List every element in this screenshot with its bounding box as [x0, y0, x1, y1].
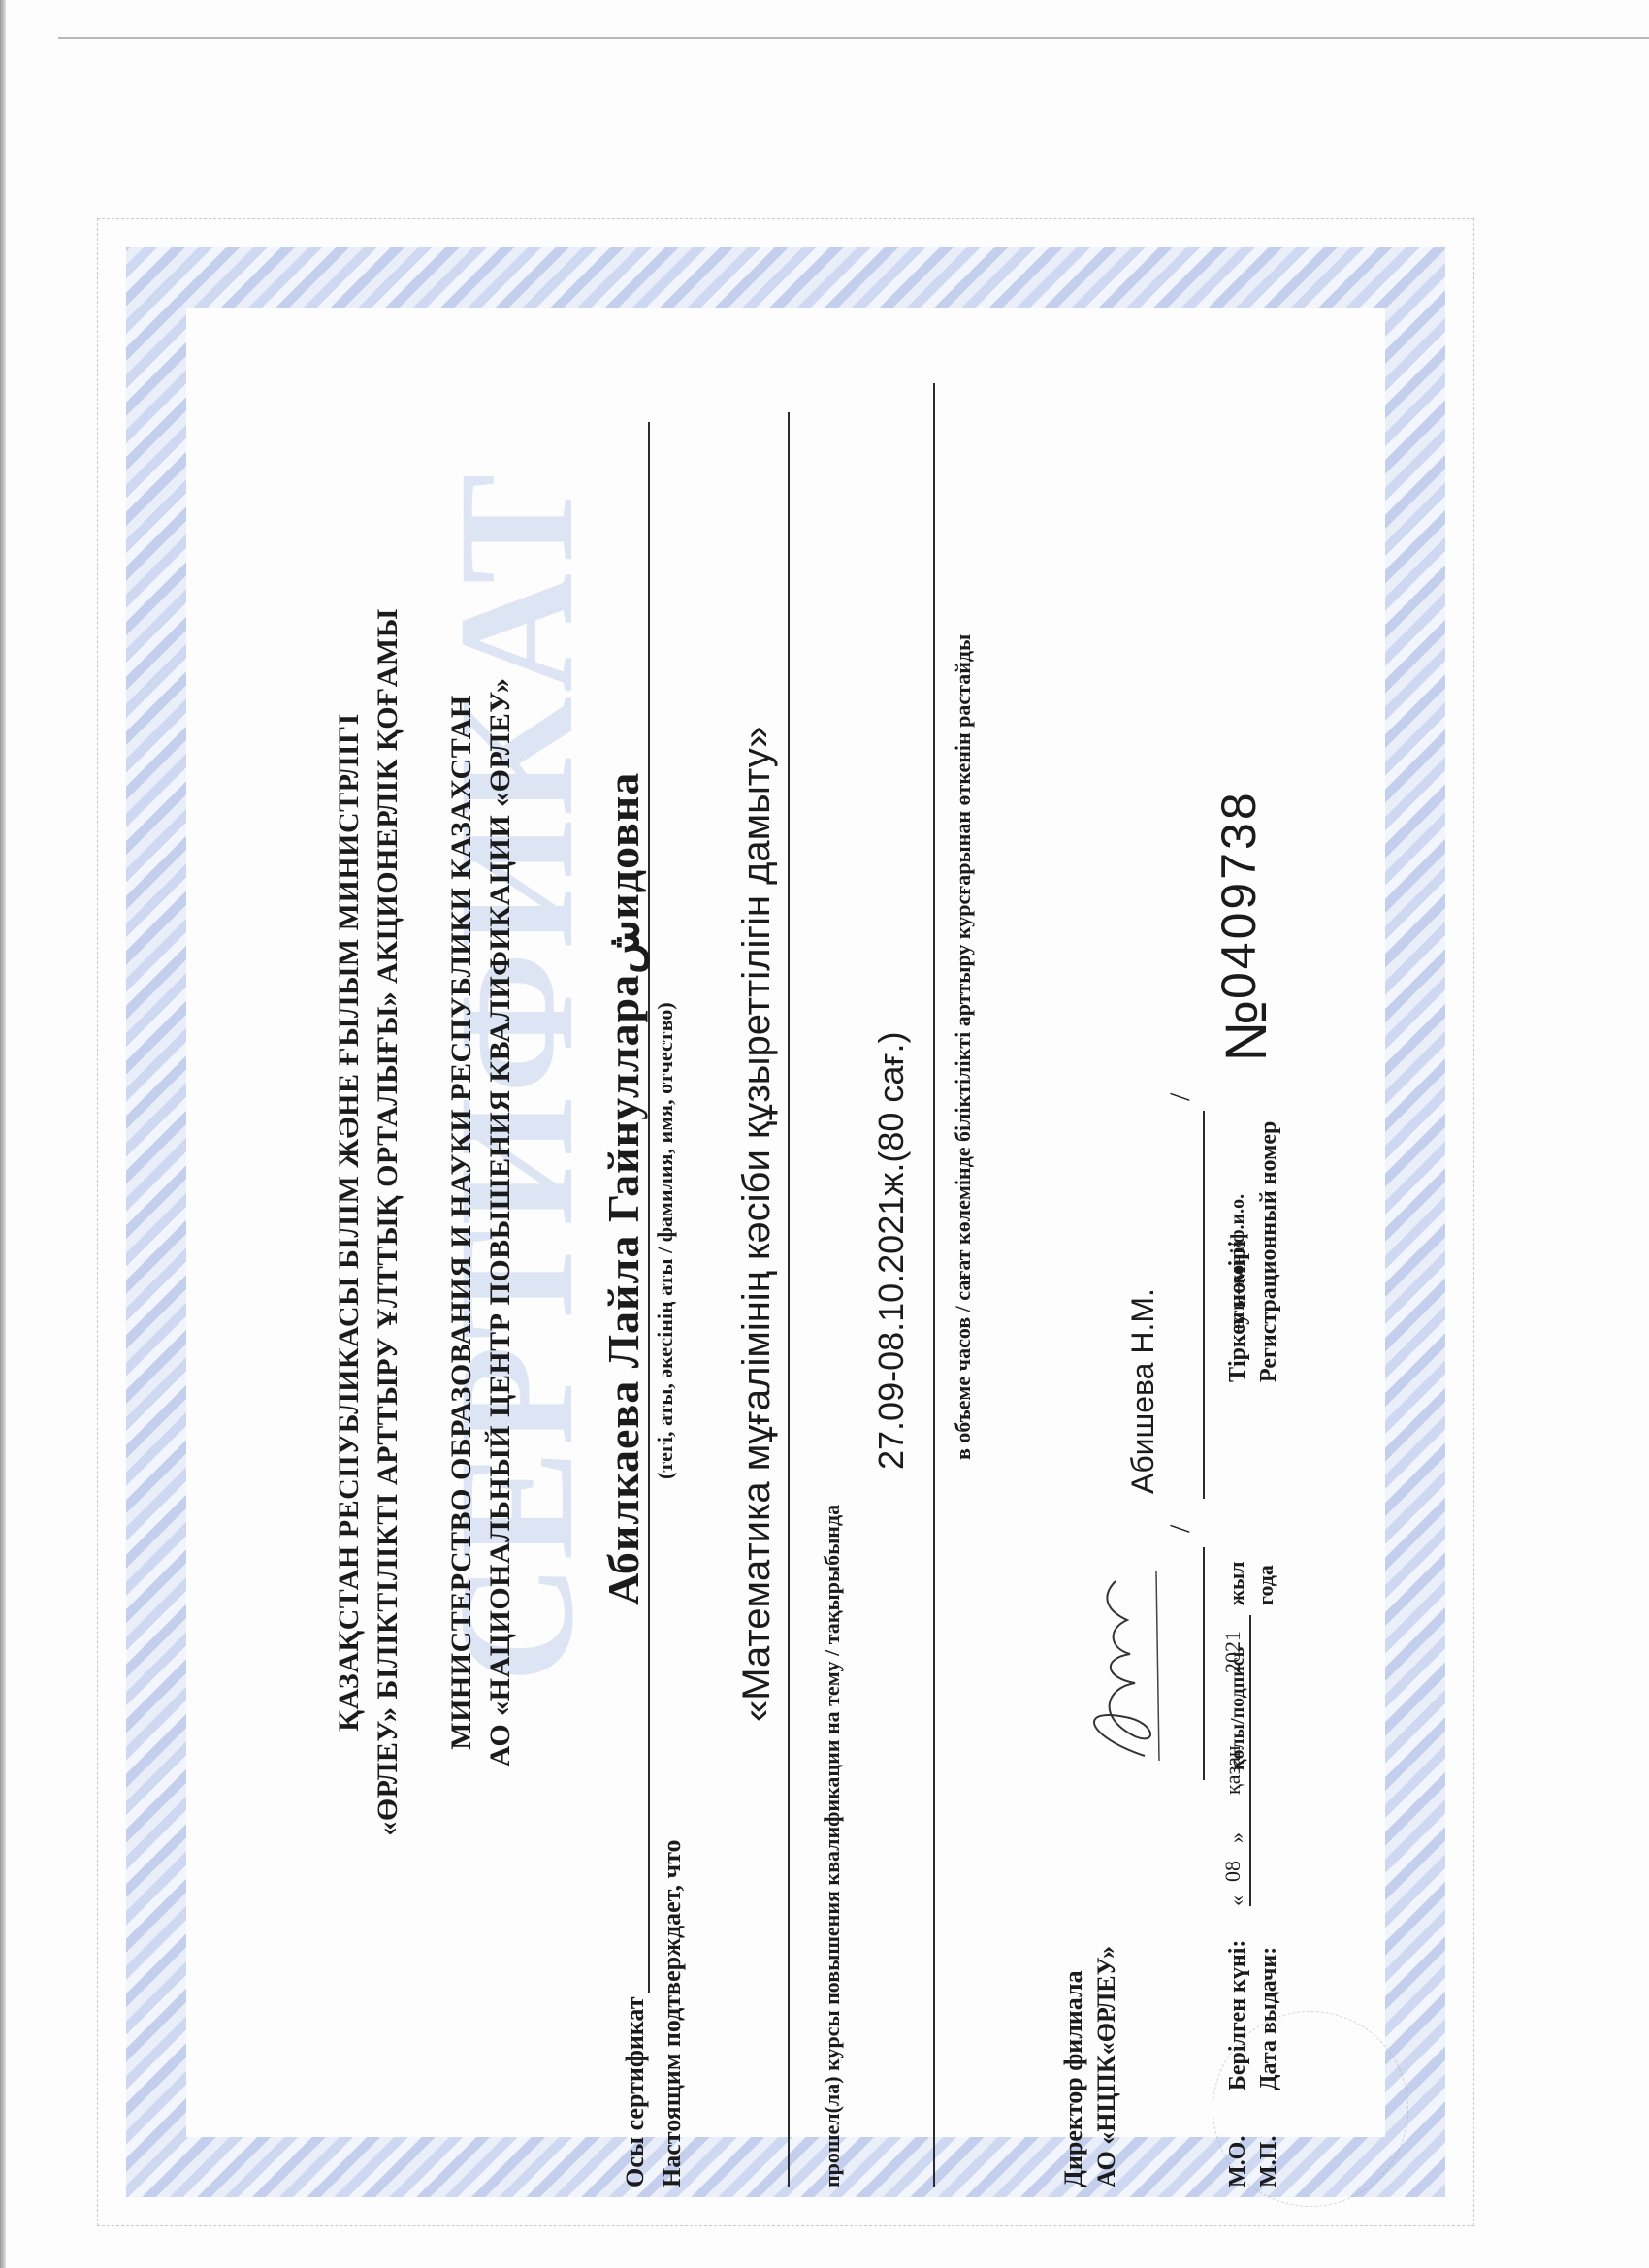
year-word-ru: года: [1251, 1562, 1280, 1605]
year-word: жыл года: [1222, 1562, 1280, 1605]
mp-kz: М.О.: [1222, 2136, 1253, 2187]
signature-line: [1203, 1547, 1205, 1780]
scan-edge: [0, 0, 6, 2268]
year-word-kz: жыл: [1222, 1562, 1251, 1605]
signer-name-line: [1203, 1111, 1205, 1499]
reg-label-kz: Тіркеу нөмірі: [1222, 1121, 1253, 1382]
director-line2: АО «НЦПК«ӨРЛЕУ»: [1090, 1946, 1123, 2187]
issue-day: 08: [1220, 1861, 1245, 1882]
holder-name: Абилкаева Лайла Гайнуллараشидовна: [597, 772, 649, 1605]
signature-scribble: [1067, 1562, 1174, 1775]
dates-underline: [933, 383, 935, 2187]
header-ru-ministry: МИНИСТЕРСТВО ОБРАЗОВАНИЯ И НАУКИ РЕСПУБЛ…: [442, 529, 481, 1916]
number-sign: №: [1212, 1000, 1279, 1062]
issue-label-kz: Берілген күні:: [1222, 1940, 1253, 2090]
reg-label-ru: Регистрационный номер: [1253, 1121, 1284, 1382]
quote-close: »: [1224, 1832, 1249, 1843]
issue-date-label: Берілген күні: Дата выдачи:: [1222, 1940, 1284, 2090]
course-topic-caption: прошел(ла) курсы повышения квалификации …: [820, 1505, 845, 2187]
separator-slash: /: [1164, 1525, 1197, 1533]
separator-slash-2: /: [1164, 1093, 1197, 1101]
header-ru-organization: АО «НАЦИОНАЛЬНЫЙ ЦЕНТР ПОВЫШЕНИЯ КВАЛИФИ…: [481, 529, 520, 1916]
topic-underline: [788, 412, 790, 2187]
volume-caption: в объеме часов / сағат көлемінде білікті…: [951, 634, 976, 1460]
scan-line: [58, 37, 1649, 39]
signer-name: Абишева Н.М.: [1125, 1288, 1161, 1494]
mp-ru: М.П.: [1253, 2136, 1284, 2187]
intro-kz: Осы сертификат: [621, 1997, 650, 2188]
issue-month: қазан: [1220, 1745, 1245, 1795]
course-dates-hours: 27.09-08.10.2021ж.(80 сағ.): [871, 1031, 912, 1470]
certificate-sheet: СЕРТИФИКАТ ҚАЗАҚСТАН РЕСПУБЛИКАСЫ БІЛІМ …: [97, 218, 1474, 2226]
director-line1: Директор филиала: [1057, 1946, 1090, 2187]
registration-number: 0409738: [1211, 790, 1267, 999]
registration-label: Тіркеу нөмірі Регистрационный номер: [1222, 1121, 1284, 1382]
scanned-page: СЕРТИФИКАТ ҚАЗАҚСТАН РЕСПУБЛИКАСЫ БІЛІМ …: [0, 0, 1649, 2268]
holder-name-caption: (тегі, аты, әкесінің аты / фамилия, имя,…: [653, 1002, 678, 1479]
quote-open: «: [1224, 1895, 1249, 1906]
header-kz-ministry: ҚАЗАҚСТАН РЕСПУБЛИКАСЫ БІЛІМ ЖӘНЕ ҒЫЛЫМ …: [330, 529, 369, 1916]
intro-ru: Настоящим подтверждает, что: [658, 1839, 687, 2187]
director-title: Директор филиала АО «НЦПК«ӨРЛЕУ»: [1057, 1946, 1123, 2187]
issue-date-line: [1249, 1615, 1251, 1906]
header-kz-organization: «ӨРЛЕУ» БІЛІКТІЛІКТІ АРТТЫРУ ҰЛТТЫҚ ОРТА…: [369, 529, 407, 1916]
certificate-header: ҚАЗАҚСТАН РЕСПУБЛИКАСЫ БІЛІМ ЖӘНЕ ҒЫЛЫМ …: [330, 529, 520, 1916]
course-topic: «Математика мұғалімінің кәсіби құзыретті…: [735, 727, 779, 1722]
issue-label-ru: Дата выдачи:: [1253, 1940, 1284, 2090]
stamp-place-label: М.О. М.П.: [1222, 2136, 1284, 2187]
issue-year: 2021: [1220, 1631, 1245, 1673]
